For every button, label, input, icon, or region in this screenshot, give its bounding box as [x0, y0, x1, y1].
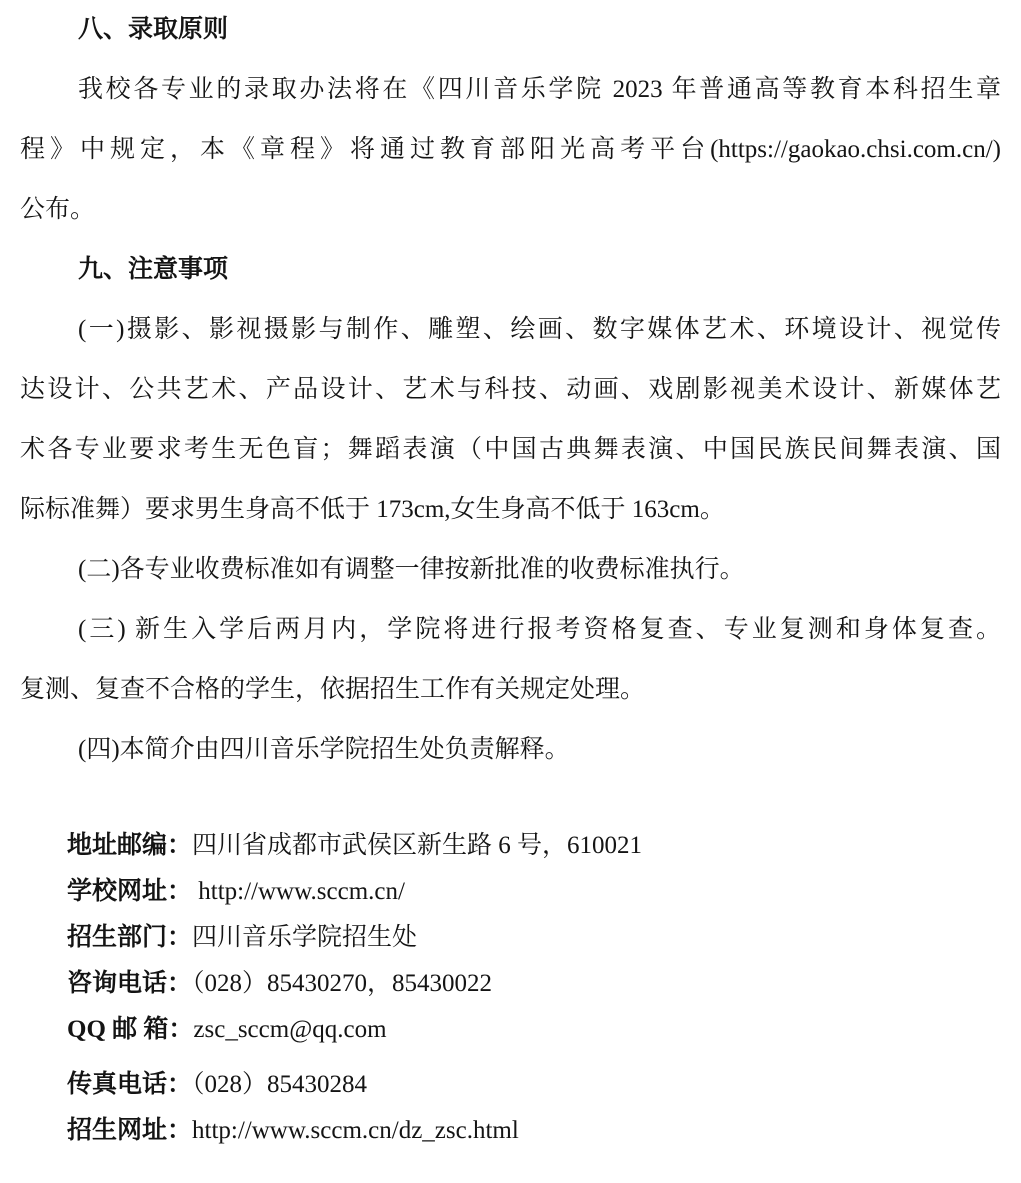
contact-admissions-url-value: http://www.sccm.cn/dz_zsc.html — [192, 1117, 519, 1144]
contact-fax-value: （028）85430284 — [192, 1071, 367, 1098]
contact-phone-value: （028）85430270，85430022 — [192, 970, 492, 997]
contact-address-value: 四川省成都市武侯区新生路 6 号，610021 — [192, 832, 642, 859]
contact-department-row: 招生部门：四川音乐学院招生处 — [67, 915, 1001, 961]
contact-phone-label: 咨询电话： — [67, 970, 192, 997]
section9-heading: 九、注意事项 — [20, 240, 1001, 300]
contact-fax-label: 传真电话： — [67, 1071, 192, 1098]
note1-line-3: 术各专业要求考生无色盲；舞蹈表演（中国古典舞表演、中国民族民间舞表演、国 — [20, 420, 1001, 480]
note1-line-4: 际标准舞）要求男生身高不低于 173cm,女生身高不低于 163cm。 — [20, 480, 1001, 540]
contact-block: 地址邮编：四川省成都市武侯区新生路 6 号，610021 学校网址： http:… — [67, 823, 1001, 1154]
contact-qq-label: QQ 邮 箱： — [67, 1016, 193, 1043]
section8-para-line-1: 我校各专业的录取办法将在《四川音乐学院 2023 年普通高等教育本科招生章 — [20, 60, 1001, 120]
contact-admissions-url-row: 招生网址：http://www.sccm.cn/dz_zsc.html — [67, 1108, 1001, 1154]
contact-qq-value: zsc_sccm@qq.com — [193, 1016, 386, 1043]
contact-website-row: 学校网址： http://www.sccm.cn/ — [67, 869, 1001, 915]
note1-line-1: (一)摄影、影视摄影与制作、雕塑、绘画、数字媒体艺术、环境设计、视觉传 — [20, 300, 1001, 360]
note3-line-1: (三) 新生入学后两月内，学院将进行报考资格复查、专业复测和身体复查。 — [20, 600, 1001, 660]
contact-admissions-url-label: 招生网址： — [67, 1117, 192, 1144]
contact-qq-row: QQ 邮 箱：zsc_sccm@qq.com — [67, 1007, 1001, 1053]
note1-line-2: 达设计、公共艺术、产品设计、艺术与科技、动画、戏剧影视美术设计、新媒体艺 — [20, 360, 1001, 420]
contact-address-row: 地址邮编：四川省成都市武侯区新生路 6 号，610021 — [67, 823, 1001, 869]
contact-website-value: http://www.sccm.cn/ — [192, 878, 405, 905]
section8-heading: 八、录取原则 — [20, 0, 1001, 60]
contact-website-label: 学校网址： — [67, 878, 192, 905]
contact-department-label: 招生部门： — [67, 924, 192, 951]
section8-para-line-3: 公布。 — [20, 180, 1001, 240]
contact-department-value: 四川音乐学院招生处 — [192, 924, 417, 951]
section8-para-line-2: 程》中规定，本《章程》将通过教育部阳光高考平台(https://gaokao.c… — [20, 120, 1001, 180]
document-page: 八、录取原则 我校各专业的录取办法将在《四川音乐学院 2023 年普通高等教育本… — [0, 0, 1021, 1154]
note3-line-2: 复测、复查不合格的学生，依据招生工作有关规定处理。 — [20, 660, 1001, 720]
note2-line-1: (二)各专业收费标准如有调整一律按新批准的收费标准执行。 — [20, 540, 1001, 600]
contact-address-label: 地址邮编： — [67, 832, 192, 859]
contact-fax-row: 传真电话：（028）85430284 — [67, 1062, 1001, 1108]
contact-phone-row: 咨询电话：（028）85430270，85430022 — [67, 961, 1001, 1007]
note4-line-1: (四)本简介由四川音乐学院招生处负责解释。 — [20, 720, 1001, 780]
